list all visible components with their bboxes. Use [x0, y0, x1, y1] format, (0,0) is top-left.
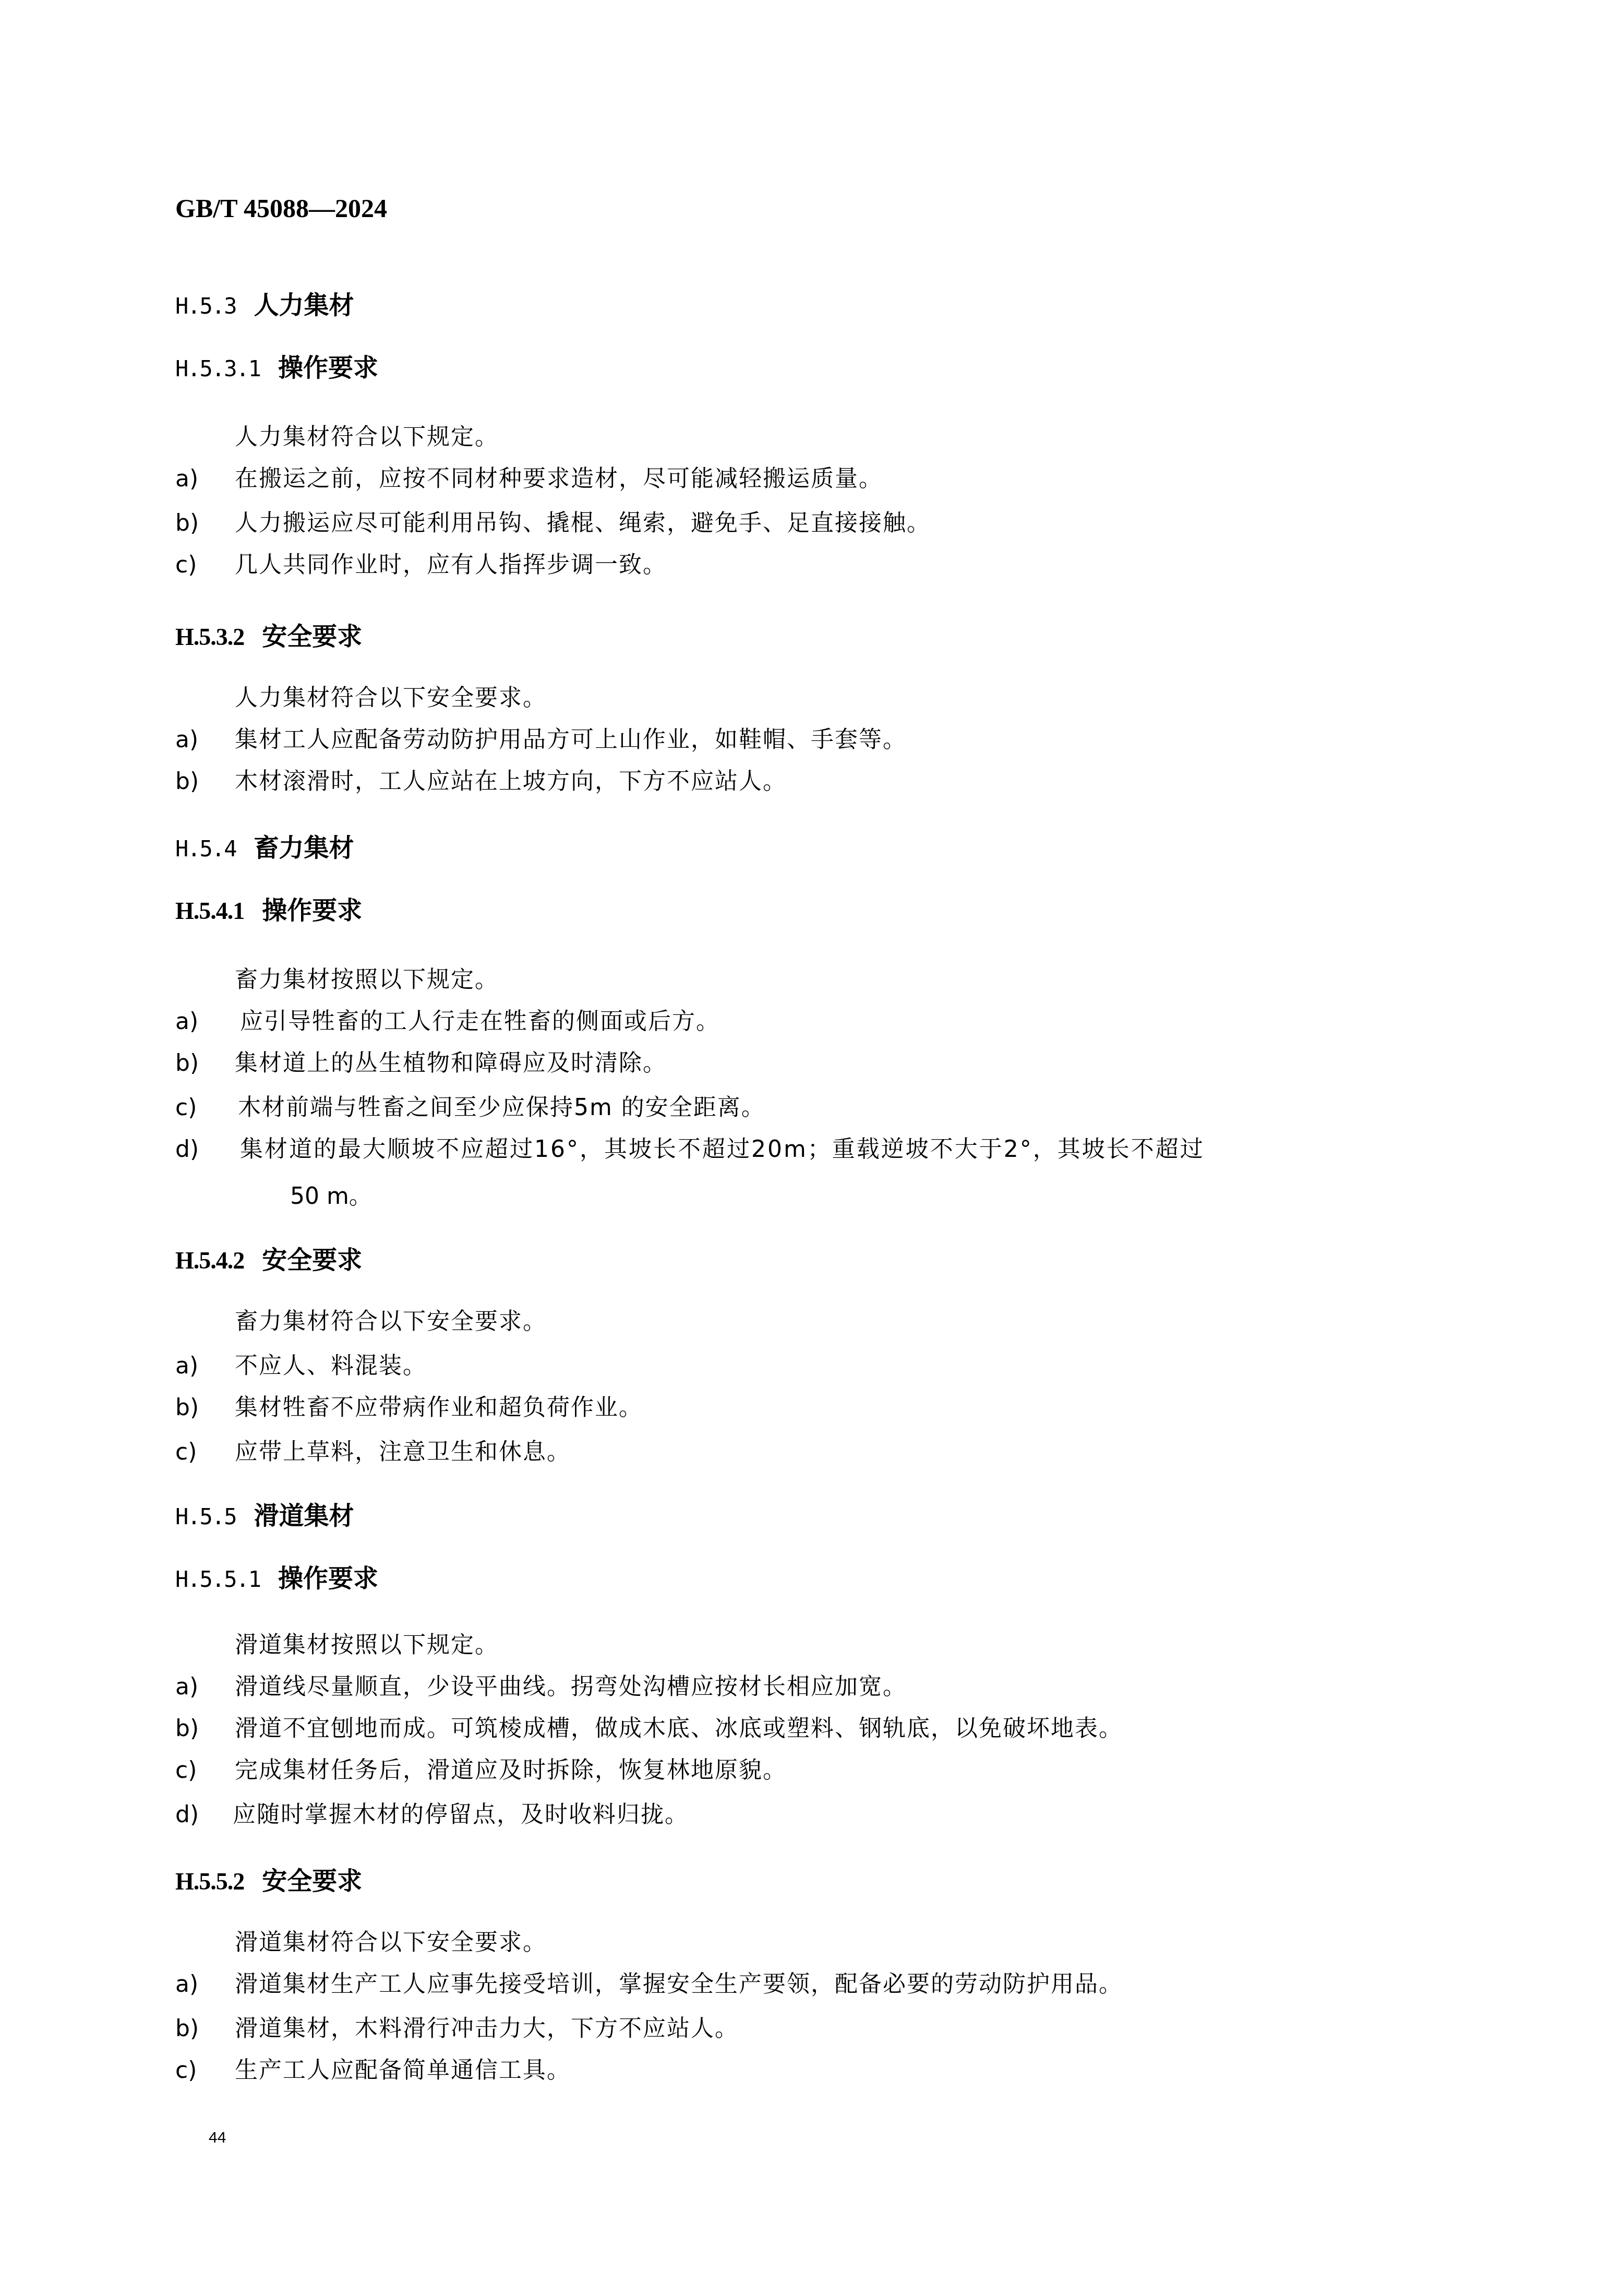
section-number: H.5.3 — [175, 291, 236, 322]
list-text: 应带上草料，注意卫生和休息。 — [235, 1438, 571, 1467]
subsection-number: H.5.5.1 — [175, 1564, 260, 1595]
list-text: 集材道的最大顺坡不应超过16°，其坡长不超过20m；重载逆坡不大于2°，其坡长不… — [240, 1135, 1205, 1164]
list-item: a) 集材工人应配备劳动防护用品方可上山作业，如鞋帽、手套等。 — [175, 725, 907, 755]
list-marker: d) — [175, 1135, 240, 1164]
list-item: a) 滑道线尽量顺直，少设平曲线。拐弯处沟槽应按材长相应加宽。 — [175, 1672, 907, 1702]
subsection-title: 操作要求 — [262, 895, 362, 926]
list-text: 几人共同作业时，应有人指挥步调一致。 — [235, 551, 667, 580]
list-marker: a) — [175, 464, 235, 494]
list-item: b) 集材牲畜不应带病作业和超负荷作业。 — [175, 1393, 643, 1422]
standard-number-header: GB/T 45088—2024 — [175, 193, 387, 223]
intro-paragraph: 畜力集材按照以下规定。 — [235, 965, 499, 995]
list-text: 滑道集材，木料滑行冲击力大，下方不应站人。 — [235, 2014, 739, 2043]
intro-paragraph: 滑道集材符合以下安全要求。 — [235, 1928, 547, 1957]
subsection-number: H.5.5.2 — [175, 1866, 244, 1897]
list-marker: a) — [175, 1672, 235, 1702]
subsection-number: H.5.3.1 — [175, 353, 260, 385]
list-text: 集材牲畜不应带病作业和超负荷作业。 — [235, 1393, 643, 1422]
list-text: 木材滚滑时，工人应站在上坡方向，下方不应站人。 — [235, 767, 787, 796]
subsection-heading-h542: H.5.4.2 安全要求 — [175, 1245, 362, 1276]
list-item: c) 生产工人应配备简单通信工具。 — [175, 2056, 571, 2085]
subsection-heading-h551: H.5.5.1 操作要求 — [175, 1563, 378, 1595]
list-marker: a) — [175, 725, 235, 755]
list-text: 在搬运之前，应按不同材种要求造材，尽可能减轻搬运质量。 — [235, 464, 883, 494]
list-item: b) 集材道上的丛生植物和障碍应及时清除。 — [175, 1049, 667, 1078]
subsection-heading-h531: H.5.3.1 操作要求 — [175, 352, 378, 385]
list-text: 滑道不宜刨地而成。可筑棱成槽，做成木底、冰底或塑料、钢轨底，以免破坏地表。 — [235, 1714, 1123, 1743]
list-item: a) 应引导牲畜的工人行走在牲畜的侧面或后方。 — [175, 1007, 720, 1036]
subsection-heading-h541: H.5.4.1 操作要求 — [175, 895, 362, 927]
list-item-continuation: 50 m。 — [290, 1182, 372, 1211]
list-item: d) 应随时掌握木材的停留点，及时收料归拢。 — [175, 1800, 689, 1829]
list-item: c) 完成集材任务后，滑道应及时拆除，恢复林地原貌。 — [175, 1756, 787, 1785]
list-text: 滑道集材生产工人应事先接受培训，掌握安全生产要领，配备必要的劳动防护用品。 — [235, 1970, 1123, 1999]
list-marker: a) — [175, 1007, 240, 1036]
subsection-title: 操作要求 — [278, 352, 378, 384]
section-title: 滑道集材 — [254, 1500, 354, 1532]
list-text: 滑道线尽量顺直，少设平曲线。拐弯处沟槽应按材长相应加宽。 — [235, 1672, 907, 1702]
section-number: H.5.5 — [175, 1501, 236, 1533]
list-text: 完成集材任务后，滑道应及时拆除，恢复林地原貌。 — [235, 1756, 787, 1785]
list-text: 生产工人应配备简单通信工具。 — [235, 2056, 571, 2085]
subsection-title: 操作要求 — [278, 1563, 378, 1594]
list-marker: a) — [175, 1352, 235, 1381]
list-text: 不应人、料混装。 — [235, 1352, 427, 1381]
page-number: 44 — [209, 2129, 226, 2147]
list-item: c) 木材前端与牲畜之间至少应保持5m 的安全距离。 — [175, 1093, 765, 1122]
list-marker: c) — [175, 1756, 235, 1785]
subsection-number: H.5.4.1 — [175, 895, 244, 927]
list-marker: c) — [175, 551, 235, 580]
intro-paragraph: 滑道集材按照以下规定。 — [235, 1631, 499, 1660]
list-text: 人力搬运应尽可能利用吊钩、撬棍、绳索，避免手、足直接接触。 — [235, 509, 931, 538]
subsection-heading-h532: H.5.3.2 安全要求 — [175, 621, 362, 653]
subsection-number: H.5.3.2 — [175, 621, 244, 653]
intro-paragraph: 人力集材符合以下安全要求。 — [235, 684, 547, 713]
list-marker: d) — [175, 1800, 233, 1829]
intro-paragraph: 人力集材符合以下规定。 — [235, 423, 499, 452]
intro-paragraph: 畜力集材符合以下安全要求。 — [235, 1307, 547, 1336]
section-title: 畜力集材 — [254, 832, 354, 864]
list-text: 集材道上的丛生植物和障碍应及时清除。 — [235, 1049, 667, 1078]
subsection-number: H.5.4.2 — [175, 1245, 244, 1276]
list-marker: a) — [175, 1970, 235, 1999]
subsection-title: 安全要求 — [262, 1865, 362, 1897]
list-item: a) 在搬运之前，应按不同材种要求造材，尽可能减轻搬运质量。 — [175, 464, 883, 494]
list-text: 木材前端与牲畜之间至少应保持5m 的安全距离。 — [238, 1093, 765, 1122]
list-marker: c) — [175, 1093, 238, 1122]
list-item: d) 集材道的最大顺坡不应超过16°，其坡长不超过20m；重载逆坡不大于2°，其… — [175, 1135, 1205, 1164]
list-marker: b) — [175, 509, 235, 538]
section-heading-h55: H.5.5 滑道集材 — [175, 1500, 354, 1533]
list-marker: c) — [175, 1438, 235, 1467]
list-item: b) 滑道不宜刨地而成。可筑棱成槽，做成木底、冰底或塑料、钢轨底，以免破坏地表。 — [175, 1714, 1123, 1743]
list-item: a) 不应人、料混装。 — [175, 1352, 427, 1381]
list-text: 集材工人应配备劳动防护用品方可上山作业，如鞋帽、手套等。 — [235, 725, 907, 755]
subsection-title: 安全要求 — [262, 1245, 362, 1276]
list-marker: b) — [175, 767, 235, 796]
list-marker: b) — [175, 1714, 235, 1743]
subsection-title: 安全要求 — [262, 621, 362, 652]
section-heading-h54: H.5.4 畜力集材 — [175, 832, 354, 865]
list-text: 应随时掌握木材的停留点，及时收料归拢。 — [233, 1800, 689, 1829]
list-item: b) 人力搬运应尽可能利用吊钩、撬棍、绳索，避免手、足直接接触。 — [175, 509, 931, 538]
list-item: a) 滑道集材生产工人应事先接受培训，掌握安全生产要领，配备必要的劳动防护用品。 — [175, 1970, 1123, 1999]
list-marker: c) — [175, 2056, 235, 2085]
section-number: H.5.4 — [175, 833, 236, 865]
section-heading-h53: H.5.3 人力集材 — [175, 290, 354, 322]
list-text: 应引导牲畜的工人行走在牲畜的侧面或后方。 — [240, 1007, 720, 1036]
subsection-heading-h552: H.5.5.2 安全要求 — [175, 1865, 362, 1897]
list-marker: b) — [175, 1393, 235, 1422]
list-item: b) 木材滚滑时，工人应站在上坡方向，下方不应站人。 — [175, 767, 787, 796]
list-marker: b) — [175, 1049, 235, 1078]
list-item: c) 应带上草料，注意卫生和休息。 — [175, 1438, 571, 1467]
list-item: c) 几人共同作业时，应有人指挥步调一致。 — [175, 551, 667, 580]
list-marker: b) — [175, 2014, 235, 2043]
section-title: 人力集材 — [254, 290, 354, 321]
list-item: b) 滑道集材，木料滑行冲击力大，下方不应站人。 — [175, 2014, 739, 2043]
